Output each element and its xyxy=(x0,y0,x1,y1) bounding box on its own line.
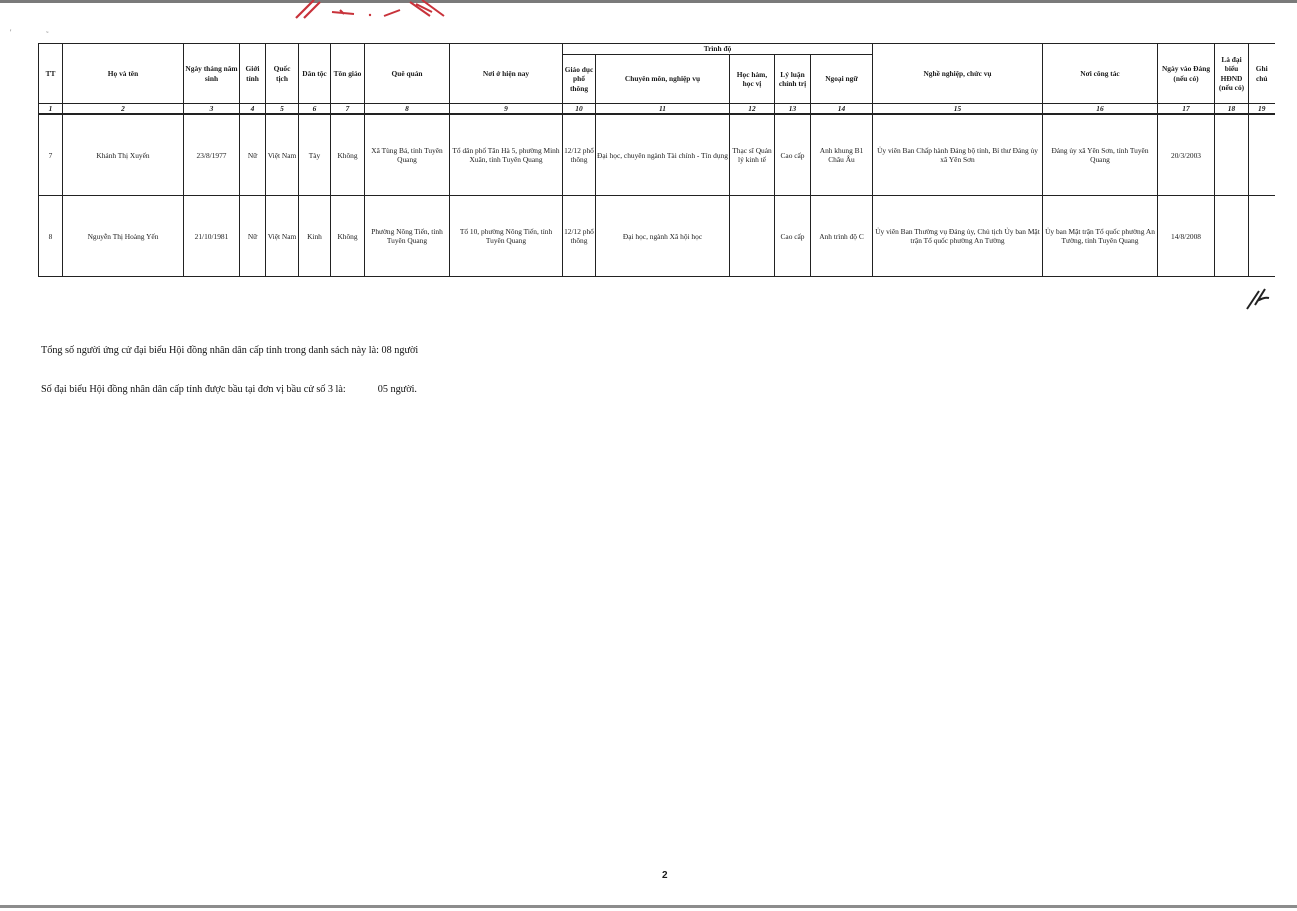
scan-top-edge xyxy=(0,0,1297,3)
scan-mark: ˜ xyxy=(46,30,49,39)
column-number: 8 xyxy=(365,104,450,115)
column-number: 19 xyxy=(1249,104,1275,115)
candidate-rows: 7Khánh Thị Xuyến23/8/1977NữViệt NamTàyKh… xyxy=(39,114,1275,277)
cell-gioi-tinh: Nữ xyxy=(240,114,266,196)
cell-ngay-vao-dang: 14/8/2008 xyxy=(1158,196,1215,277)
header-specialization: Chuyên môn, nghiệp vụ xyxy=(596,55,730,104)
header-notes: Ghi chú xyxy=(1249,44,1275,104)
column-number: 13 xyxy=(775,104,811,115)
cell-noi-o: Tổ dân phố Tân Hà 5, phường Minh Xuân, t… xyxy=(450,114,563,196)
cell-chuyen-mon: Đại học, chuyên ngành Tài chính - Tín dụ… xyxy=(596,114,730,196)
candidate-table: TT Họ và tên Ngày tháng năm sinh Giới tí… xyxy=(38,43,1275,277)
summary-total-candidates: Tổng số người ứng cử đại biểu Hội đồng n… xyxy=(41,344,418,357)
header-birth-date: Ngày tháng năm sinh xyxy=(184,44,240,104)
column-number: 2 xyxy=(63,104,184,115)
header-education-group: Trình độ xyxy=(563,44,873,55)
header-nationality: Quốc tịch xyxy=(266,44,299,104)
header-academic-degree: Học hàm, học vị xyxy=(730,55,775,104)
header-hometown: Quê quán xyxy=(365,44,450,104)
cell-ly-luan: Cao cấp xyxy=(775,196,811,277)
cell-que-quan: Xã Tùng Bá, tỉnh Tuyên Quang xyxy=(365,114,450,196)
cell-chuyen-mon: Đại học, ngành Xã hội học xyxy=(596,196,730,277)
column-number: 10 xyxy=(563,104,596,115)
cell-nghe-nghiep: Ủy viên Ban Chấp hành Đảng bộ tỉnh, Bí t… xyxy=(873,114,1043,196)
cell-tt: 8 xyxy=(39,196,63,277)
column-number: 16 xyxy=(1043,104,1158,115)
header-political-theory: Lý luận chính trị xyxy=(775,55,811,104)
column-number: 9 xyxy=(450,104,563,115)
cell-noi-cong-tac: Đảng ủy xã Yên Sơn, tỉnh Tuyên Quang xyxy=(1043,114,1158,196)
summary-seats-value: 05 người. xyxy=(378,384,417,395)
cell-quoc-tich: Việt Nam xyxy=(266,114,299,196)
cell-giao-duc: 12/12 phổ thông xyxy=(563,196,596,277)
cell-dan-toc: Kinh xyxy=(299,196,331,277)
cell-tt: 7 xyxy=(39,114,63,196)
header-full-name: Họ và tên xyxy=(63,44,184,104)
column-number: 17 xyxy=(1158,104,1215,115)
cell-dai-bieu xyxy=(1215,114,1249,196)
table-header-row: TT Họ và tên Ngày tháng năm sinh Giới tí… xyxy=(39,44,1275,55)
cell-noi-cong-tac: Ủy ban Mặt trận Tổ quốc phường An Tường,… xyxy=(1043,196,1158,277)
cell-dan-toc: Tày xyxy=(299,114,331,196)
header-party-join-date: Ngày vào Đảng (nếu có) xyxy=(1158,44,1215,104)
header-council-delegate: Là đại biểu HĐND (nếu có) xyxy=(1215,44,1249,104)
column-number: 11 xyxy=(596,104,730,115)
summary-seats: Số đại biểu Hội đồng nhân dân cấp tỉnh đ… xyxy=(41,383,418,396)
header-residence: Nơi ở hiện nay xyxy=(450,44,563,104)
cell-gioi-tinh: Nữ xyxy=(240,196,266,277)
cell-nghe-nghiep: Ủy viên Ban Thường vụ Đảng ủy, Chủ tịch … xyxy=(873,196,1043,277)
header-ethnicity: Dân tộc xyxy=(299,44,331,104)
table-row: 7Khánh Thị Xuyến23/8/1977NữViệt NamTàyKh… xyxy=(39,114,1275,196)
header-general-education: Giáo dục phổ thông xyxy=(563,55,596,104)
scan-mark: ' xyxy=(10,28,11,37)
cell-hoc-ham xyxy=(730,196,775,277)
column-number: 6 xyxy=(299,104,331,115)
cell-ghi-chu xyxy=(1249,196,1275,277)
cell-ton-giao: Không xyxy=(331,114,365,196)
header-occupation: Nghề nghiệp, chức vụ xyxy=(873,44,1043,104)
column-number: 15 xyxy=(873,104,1043,115)
column-number: 7 xyxy=(331,104,365,115)
cell-giao-duc: 12/12 phổ thông xyxy=(563,114,596,196)
cell-ngay-vao-dang: 20/3/2003 xyxy=(1158,114,1215,196)
cell-ho-ten: Khánh Thị Xuyến xyxy=(63,114,184,196)
cell-ly-luan: Cao cấp xyxy=(775,114,811,196)
scan-bottom-edge xyxy=(0,905,1297,908)
cell-ghi-chu xyxy=(1249,114,1275,196)
header-tt: TT xyxy=(39,44,63,104)
summary-block: Tổng số người ứng cử đại biểu Hội đồng n… xyxy=(41,318,418,409)
header-gender: Giới tính xyxy=(240,44,266,104)
cell-ngay-sinh: 23/8/1977 xyxy=(184,114,240,196)
cell-ngoai-ngu: Anh trình độ C xyxy=(811,196,873,277)
summary-seats-label: Số đại biểu Hội đồng nhân dân cấp tỉnh đ… xyxy=(41,384,346,395)
column-number: 18 xyxy=(1215,104,1249,115)
table-row: 8Nguyễn Thị Hoàng Yến21/10/1981NữViệt Na… xyxy=(39,196,1275,277)
column-number-row: 12345678910111213141516171819 xyxy=(39,104,1275,115)
header-workplace: Nơi công tác xyxy=(1043,44,1158,104)
column-number: 12 xyxy=(730,104,775,115)
cell-ngay-sinh: 21/10/1981 xyxy=(184,196,240,277)
cell-hoc-ham: Thạc sĩ Quản lý kinh tế xyxy=(730,114,775,196)
column-number: 14 xyxy=(811,104,873,115)
cell-ton-giao: Không xyxy=(331,196,365,277)
cell-que-quan: Phường Nông Tiến, tỉnh Tuyên Quang xyxy=(365,196,450,277)
column-number: 5 xyxy=(266,104,299,115)
cell-dai-bieu xyxy=(1215,196,1249,277)
column-number: 3 xyxy=(184,104,240,115)
column-number: 4 xyxy=(240,104,266,115)
cell-quoc-tich: Việt Nam xyxy=(266,196,299,277)
header-foreign-language: Ngoại ngữ xyxy=(811,55,873,104)
cell-ho-ten: Nguyễn Thị Hoàng Yến xyxy=(63,196,184,277)
header-religion: Tôn giáo xyxy=(331,44,365,104)
signature-icon xyxy=(1243,283,1273,313)
cell-ngoai-ngu: Anh khung B1 Châu Âu xyxy=(811,114,873,196)
cell-noi-o: Tổ 10, phường Nông Tiến, tỉnh Tuyên Quan… xyxy=(450,196,563,277)
page-number: 2 xyxy=(662,870,668,881)
column-number: 1 xyxy=(39,104,63,115)
official-seal-icon xyxy=(292,0,452,20)
